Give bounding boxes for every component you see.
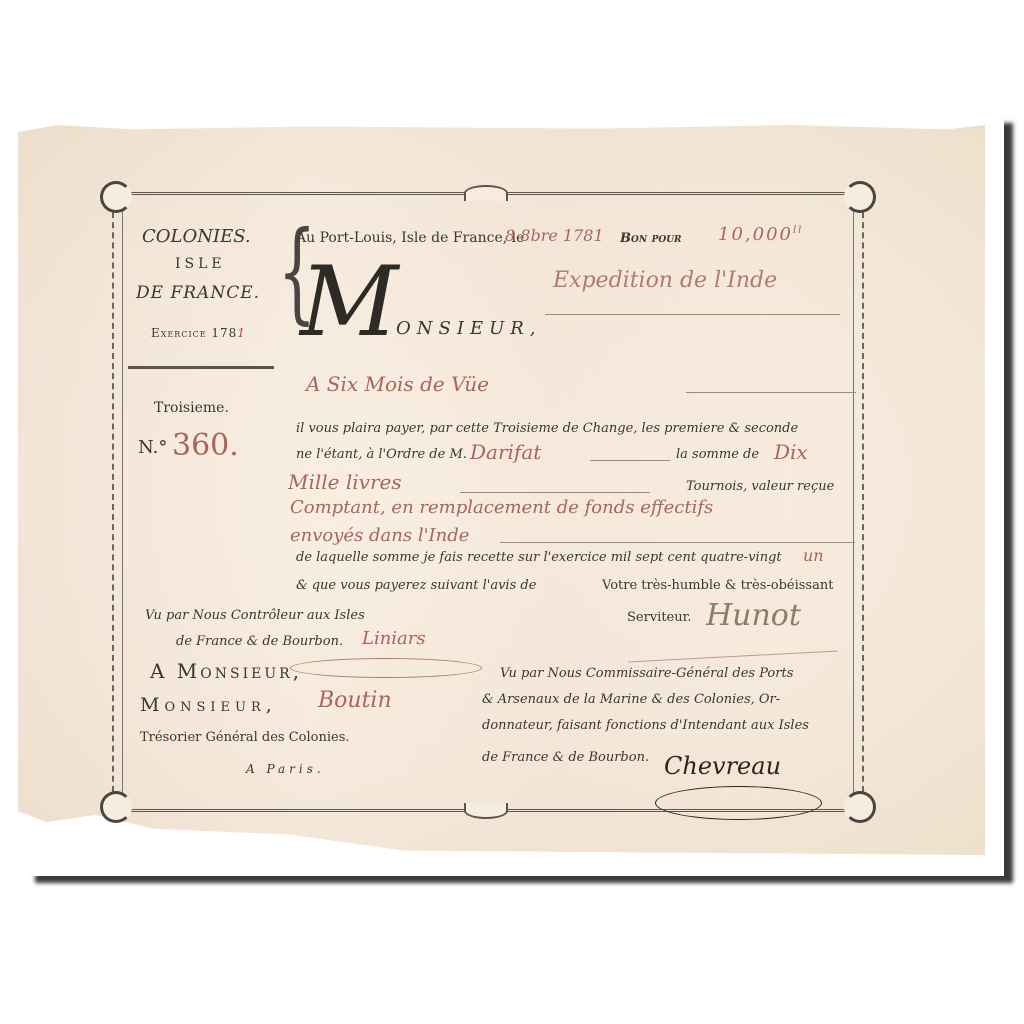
valeur-underline bbox=[500, 542, 855, 543]
commissaire-signature-flourish bbox=[655, 786, 822, 820]
salutation-rest: ONSIEUR, bbox=[396, 318, 542, 339]
closing-line-1: Votre très-humble & très-obéissant bbox=[602, 578, 833, 593]
addressee-signature: Boutin bbox=[318, 688, 392, 713]
controleur-line-1: Vu par Nous Contrôleur aux Isles bbox=[145, 608, 365, 623]
issuer-signature: Hunot bbox=[706, 598, 801, 633]
commissaire-line-2: & Arsenaux de la Marine & des Colonies, … bbox=[482, 692, 780, 707]
bill-number: 360. bbox=[172, 428, 239, 463]
commissaire-line-3: donnateur, faisant fonctions d'Intendant… bbox=[482, 718, 809, 733]
payee-handwritten: Darifat bbox=[470, 440, 541, 464]
scroll-ornament-icon bbox=[464, 185, 508, 201]
sum-handwritten-2: Mille livres bbox=[288, 470, 402, 494]
controleur-signature: Liniars bbox=[362, 628, 426, 649]
amount-handwritten: 10,000ll bbox=[718, 224, 803, 245]
commissaire-line-1: Vu par Nous Commissaire-Général des Port… bbox=[500, 666, 793, 681]
copy-label: Troisieme. bbox=[154, 400, 229, 416]
de-france-label: DE FRANCE. bbox=[136, 283, 260, 303]
isle-label: ISLE bbox=[175, 256, 226, 272]
corner-flourish-icon bbox=[100, 181, 132, 213]
commissaire-line-4: de France & de Bourbon. bbox=[482, 750, 649, 765]
controleur-signature-flourish bbox=[290, 658, 482, 678]
year-handwritten: un bbox=[803, 546, 824, 565]
body-line-2-end: la somme de bbox=[676, 447, 759, 462]
valeur-handwritten-2: envoyés dans l'Inde bbox=[290, 525, 469, 546]
salutation-initial: M bbox=[300, 254, 398, 350]
recette-line: de laquelle somme je fais recette sur l'… bbox=[296, 550, 782, 565]
header-box-rule bbox=[128, 366, 274, 369]
bon-pour-label: Bon pour bbox=[620, 231, 682, 246]
expedition-underline bbox=[545, 314, 840, 315]
addressee-line-4: A Paris. bbox=[246, 762, 325, 776]
exercise-label: Exercice 1781 bbox=[151, 326, 246, 340]
payee-underline bbox=[590, 460, 670, 461]
colonies-label: COLONIES. bbox=[142, 226, 251, 247]
date-handwritten: 8 8bre 1781 bbox=[505, 226, 604, 245]
addressee-line-1: A Monsieur, bbox=[150, 659, 302, 683]
avis-line: & que vous payerez suivant l'avis de bbox=[296, 578, 536, 593]
tournois-label: Tournois, valeur reçue bbox=[686, 479, 834, 494]
addressee-line-2: Monsieur, bbox=[140, 694, 277, 716]
body-line-2-start: ne l'étant, à l'Ordre de M. bbox=[296, 447, 467, 462]
addressee-line-3: Trésorier Général des Colonies. bbox=[140, 730, 350, 745]
controleur-line-2: de France & de Bourbon. bbox=[176, 634, 343, 649]
corner-flourish-icon bbox=[844, 791, 876, 823]
sum-underline bbox=[460, 492, 650, 493]
expedition-handwritten: Expedition de l'Inde bbox=[553, 268, 777, 293]
valeur-handwritten-1: Comptant, en remplacement de fonds effec… bbox=[290, 497, 713, 518]
term-underline bbox=[686, 392, 856, 393]
corner-flourish-icon bbox=[844, 181, 876, 213]
corner-flourish-icon bbox=[100, 791, 132, 823]
body-line-1: il vous plaira payer, par cette Troisiem… bbox=[296, 421, 798, 436]
sum-handwritten-1: Dix bbox=[774, 440, 808, 464]
place-date-label: Au Port-Louis, Isle de France, le bbox=[296, 230, 524, 246]
scroll-ornament-icon bbox=[464, 803, 508, 819]
commissaire-signature: Chevreau bbox=[664, 752, 781, 780]
closing-line-2: Serviteur. bbox=[627, 610, 692, 625]
number-label: N.° bbox=[138, 437, 167, 458]
term-handwritten: A Six Mois de Vüe bbox=[306, 372, 489, 396]
